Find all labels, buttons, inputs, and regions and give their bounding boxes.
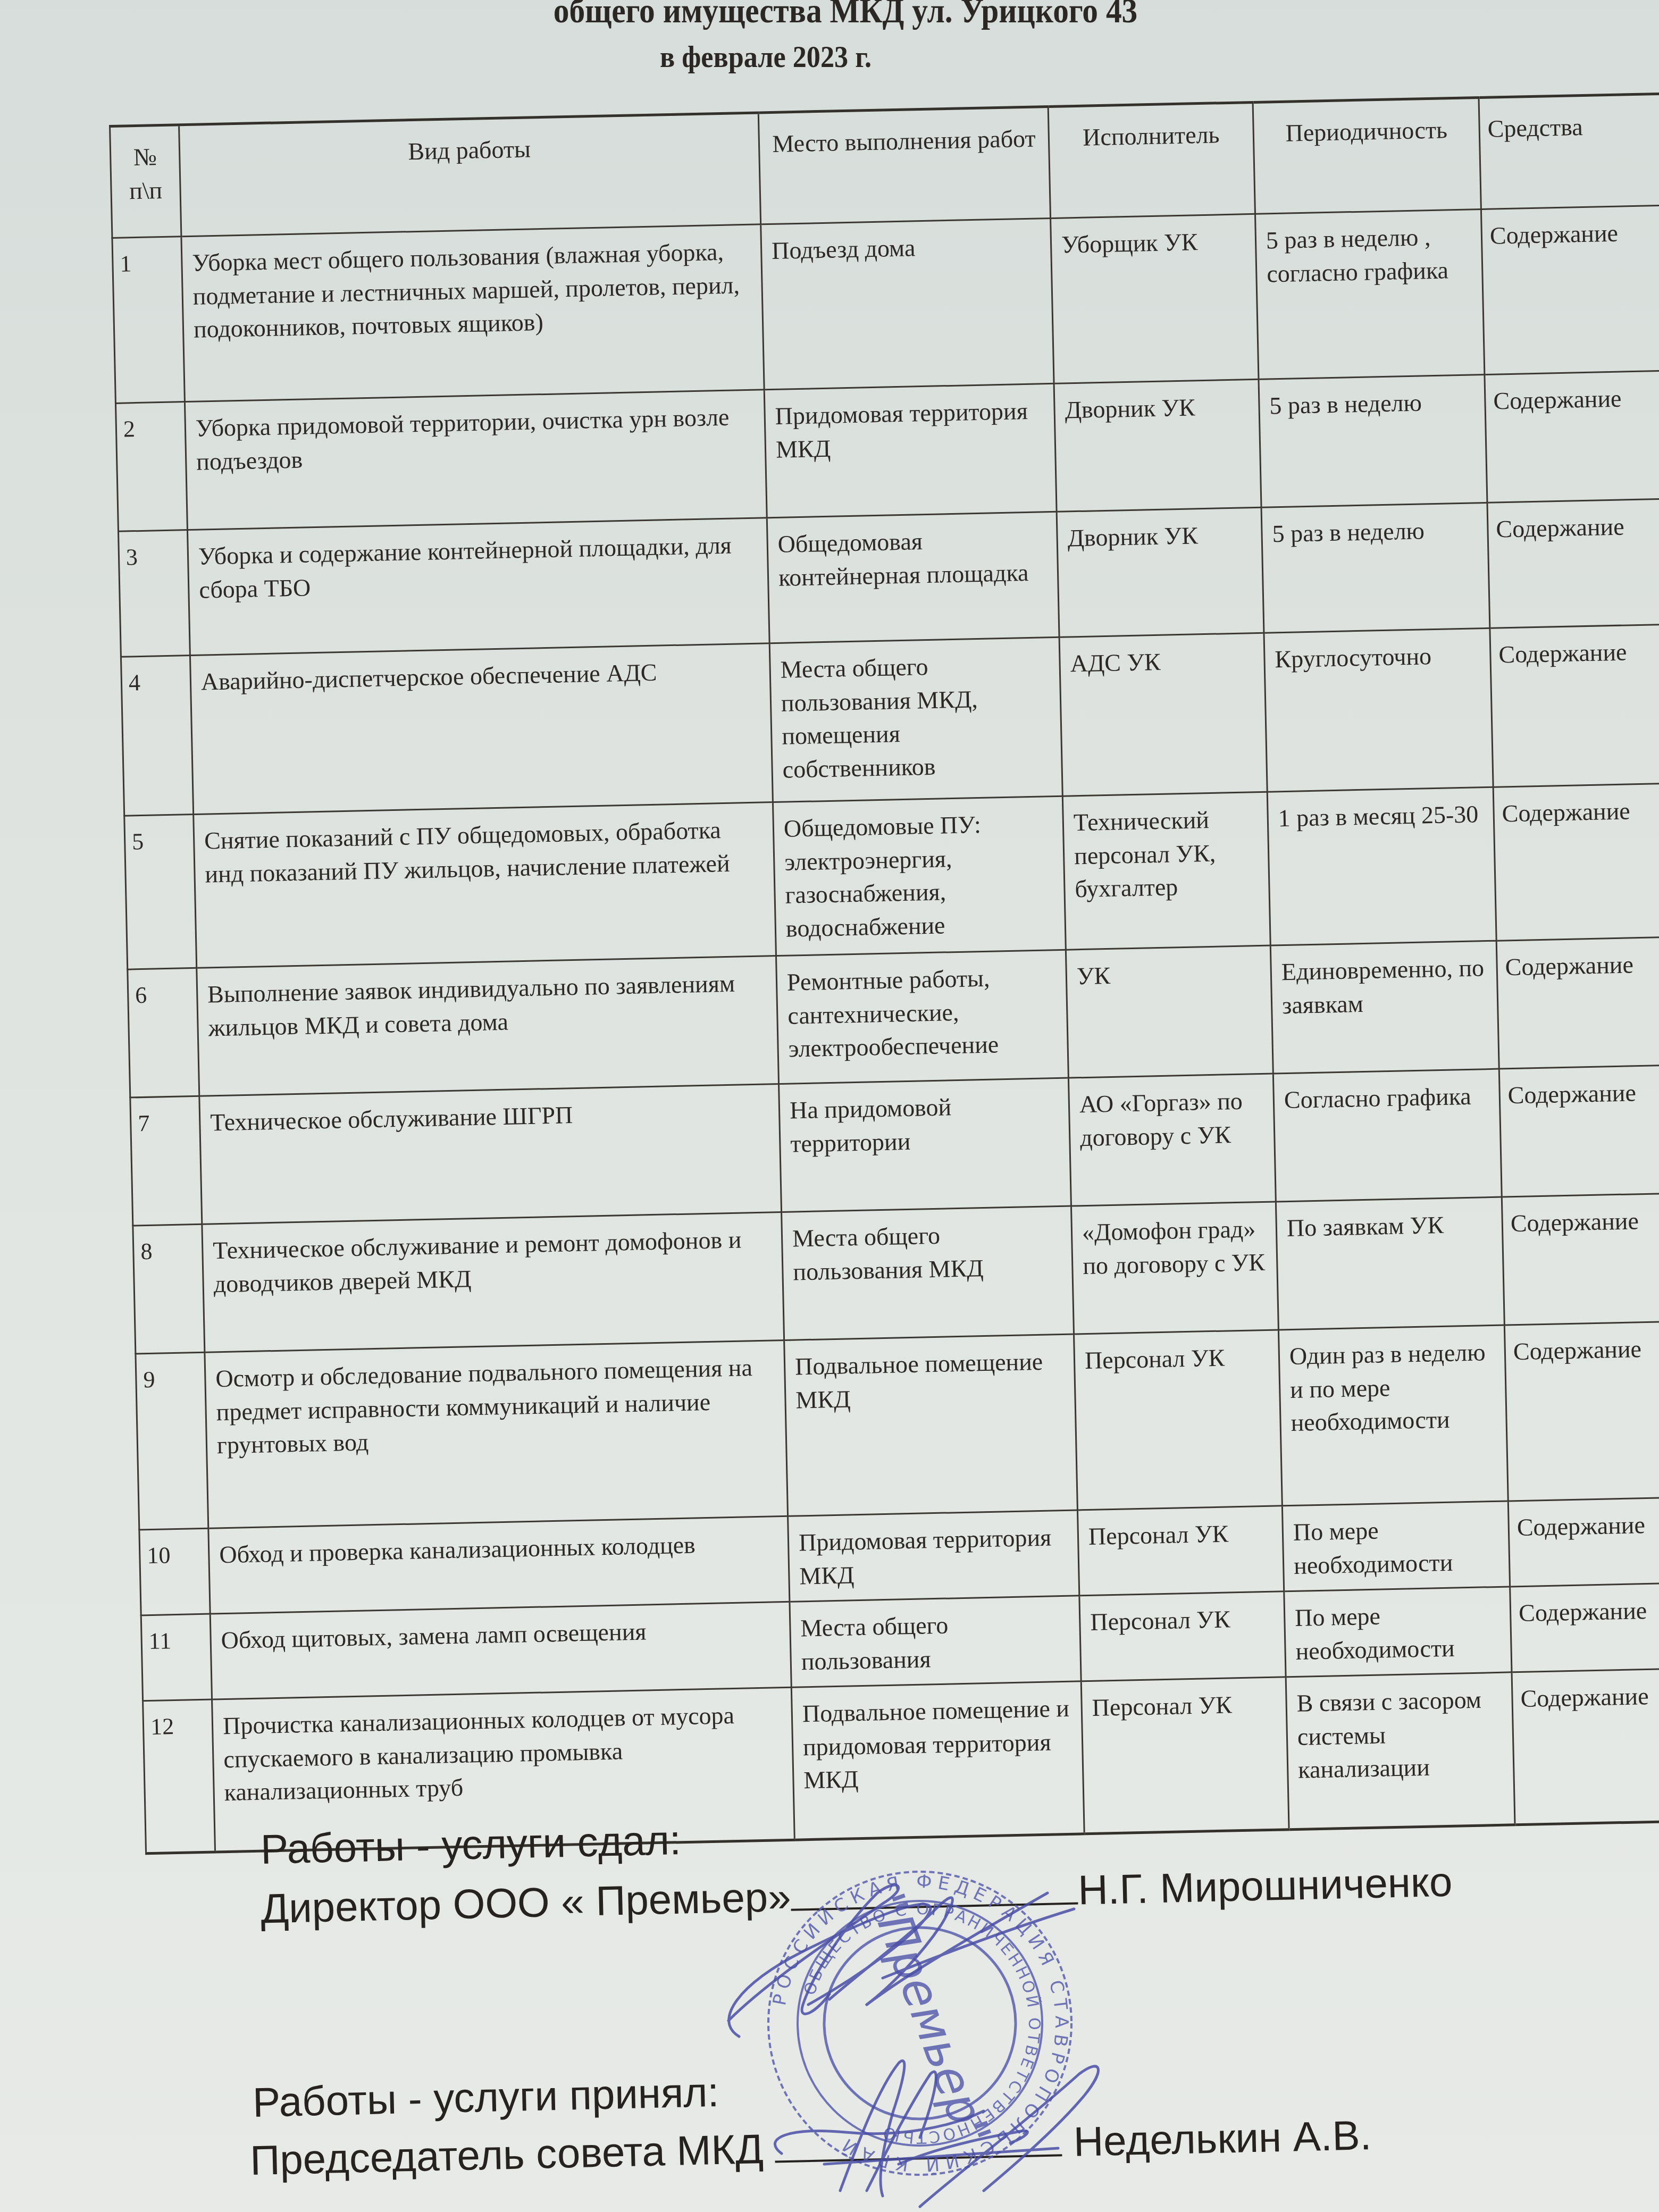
funding-source-cell: Содержание — [1508, 1496, 1659, 1587]
header-executor: Исполнитель — [1048, 102, 1255, 218]
work-place-cell: На придомовой территории — [779, 1078, 1071, 1212]
work-type-cell: Аварийно-диспетчерское обеспечение АДС — [190, 643, 773, 815]
row-number-cell: 9 — [136, 1352, 208, 1530]
work-place-cell: Ремонтные работы, сантехнические, электр… — [776, 950, 1068, 1084]
row-number-cell: 2 — [115, 402, 187, 532]
periodicity-cell: Согласно графика — [1273, 1069, 1502, 1202]
periodicity-cell: Круглосуточно — [1264, 628, 1493, 792]
executor-cell: Дворник УК — [1057, 507, 1264, 637]
funding-source-cell: Содержание — [1496, 936, 1659, 1069]
work-place-cell: Подвальное помещение и придомовая террит… — [791, 1681, 1084, 1840]
header-periodicity: Периодичность — [1253, 98, 1481, 214]
work-place-cell: Места общего пользования МКД — [782, 1206, 1074, 1340]
work-type-cell: Уборка придомовой территории, очистка ур… — [185, 390, 767, 530]
funding-source-cell: Содержание — [1481, 205, 1659, 375]
periodicity-cell: 5 раз в неделю — [1261, 502, 1490, 633]
executor-cell: «Домофон град» по договору с УК — [1071, 1202, 1278, 1334]
funding-source-cell: Содержание — [1490, 624, 1659, 787]
work-type-cell: Уборка и содержание контейнерной площадк… — [187, 518, 769, 656]
executor-cell: Персонал УК — [1079, 1591, 1286, 1681]
table-row: 5Снятие показаний с ПУ общедомовых, обра… — [124, 783, 1659, 970]
work-type-cell: Выполнение заявок индивидуально по заявл… — [197, 956, 779, 1096]
svg-text:ОБЩЕСТВО С ОГРАНИЧЕННОЙ ОТВЕТС: ОБЩЕСТВО С ОГРАНИЧЕННОЙ ОТВЕТСТВЕННОСТЬЮ — [800, 1900, 1043, 2147]
periodicity-cell: Один раз в неделю и по мере необходимост… — [1278, 1325, 1508, 1506]
accepted-label: Работы - услуги принял: — [252, 2071, 719, 2123]
accepted-name: Недельк­ин А.В. — [1073, 2112, 1372, 2165]
periodicity-cell: 1 раз в месяц 25-30 — [1267, 787, 1496, 945]
funding-source-cell: Содержание — [1493, 783, 1659, 941]
row-number-cell: 10 — [139, 1528, 210, 1615]
table-row: 9Осмотр и обследование подвального помещ… — [136, 1320, 1659, 1530]
handed-over-name: Н.Г. Мирошниченко — [1077, 1858, 1453, 1914]
work-place-cell: Места общего пользования МКД, помещения … — [769, 637, 1062, 802]
work-type-cell: Осмотр и обследование подвального помеще… — [205, 1340, 788, 1528]
document-title-line1: общего имущества МКД ул. Урицкого 43 — [99, 0, 1592, 29]
document-page: общего имущества МКД ул. Урицкого 43 в ф… — [0, 0, 1659, 2212]
table-row: 4Аварийно-диспетчерское обеспечение АДСМ… — [121, 624, 1659, 816]
work-type-cell: Снятие показаний с ПУ общедомовых, обраб… — [194, 802, 776, 968]
work-type-cell: Техническое обслуживание ШГРП — [199, 1084, 782, 1225]
work-place-cell: Общедомовая контейнерная площадка — [767, 512, 1059, 643]
work-place-cell: Придомовая территория МКД — [764, 383, 1057, 517]
work-place-cell: Подъезд дома — [761, 218, 1054, 389]
executor-cell: Персонал УК — [1081, 1677, 1289, 1834]
funding-source-cell: Содержание — [1512, 1668, 1659, 1825]
table-row: 1Уборка мест общего пользования (влажная… — [112, 205, 1659, 404]
work-place-cell: Подвальное помещение МКД — [784, 1334, 1078, 1516]
executor-cell: Персонал УК — [1077, 1506, 1284, 1596]
funding-source-cell: Содержание — [1499, 1064, 1659, 1197]
row-number-cell: 3 — [119, 530, 190, 657]
executor-cell: Технический персонал УК, бухгалтер — [1062, 792, 1270, 950]
funding-source-cell: Содержание — [1504, 1320, 1659, 1501]
executor-cell: УК — [1066, 945, 1273, 1078]
periodicity-cell: 5 раз в неделю , согласно графика — [1255, 209, 1484, 379]
periodicity-cell: По мере необходимости — [1284, 1587, 1512, 1677]
document-title-line2: в феврале 2023 г. — [19, 41, 1512, 72]
funding-source-cell: Содержание — [1510, 1582, 1659, 1672]
periodicity-cell: 5 раз в неделю — [1259, 374, 1487, 507]
header-num: № п\п — [110, 125, 181, 238]
svg-text:"Премьер": "Премьер" — [859, 1886, 1001, 2153]
row-number-cell: 12 — [143, 1699, 215, 1854]
row-number-cell: 5 — [124, 814, 197, 969]
header-work: Вид работы — [179, 113, 761, 237]
periodicity-cell: По мере необходимости — [1282, 1501, 1510, 1591]
periodicity-cell: В связи с засором системы канализации — [1286, 1672, 1515, 1830]
work-type-cell: Обход щитовых, замена ламп освещения — [210, 1602, 791, 1699]
periodicity-cell: Единовременно, по заявкам — [1270, 941, 1499, 1074]
work-place-cell: Придомовая территория МКД — [788, 1510, 1079, 1602]
handed-over-line: Директор ООО « Премьер»Н.Г. Мирошниченко — [260, 1861, 1453, 1930]
handed-over-role: Директор ООО « Премьер» — [260, 1873, 791, 1932]
handed-over-label: Работы - услуги сдал: — [260, 1819, 681, 1870]
work-type-cell: Обход и проверка канализационных колодце… — [208, 1516, 790, 1614]
funding-source-cell: Содержание — [1485, 370, 1659, 503]
funding-source-cell: Содержание — [1502, 1192, 1659, 1325]
row-number-cell: 7 — [130, 1096, 202, 1226]
row-number-cell: 11 — [141, 1614, 212, 1701]
works-table: № п\п Вид работы Место выполнения работ … — [109, 91, 1659, 1855]
work-place-cell: Общедомовые ПУ: электроэнергия, газоснаб… — [773, 796, 1066, 956]
accepted-role: Председатель совета МКД — [249, 2125, 764, 2184]
executor-cell: Персонал УК — [1074, 1330, 1283, 1510]
row-number-cell: 8 — [133, 1224, 205, 1354]
executor-cell: Уборщик УК — [1051, 214, 1259, 383]
executor-cell: АО «Горгаз» по договору с УК — [1068, 1074, 1276, 1206]
header-funds: Средства — [1479, 93, 1659, 210]
signature-line — [775, 2122, 1062, 2163]
funding-source-cell: Содержание — [1487, 498, 1659, 629]
accepted-line: Председатель совета МКД Недельк­ин А.В. — [249, 2114, 1372, 2181]
row-number-cell: 6 — [128, 968, 199, 1097]
executor-cell: АДС УК — [1059, 633, 1267, 796]
signature-line — [791, 1871, 1078, 1911]
periodicity-cell: По заявкам УК — [1276, 1197, 1504, 1330]
row-number-cell: 1 — [112, 237, 185, 404]
work-type-cell: Техническое обслуживание и ремонт домофо… — [202, 1212, 784, 1352]
header-place: Место выполнения работ — [758, 107, 1050, 224]
work-place-cell: Места общего пользования — [790, 1596, 1081, 1687]
row-number-cell: 4 — [121, 656, 193, 816]
work-type-cell: Уборка мест общего пользования (влажная … — [181, 224, 764, 402]
executor-cell: Дворник УК — [1054, 379, 1261, 512]
